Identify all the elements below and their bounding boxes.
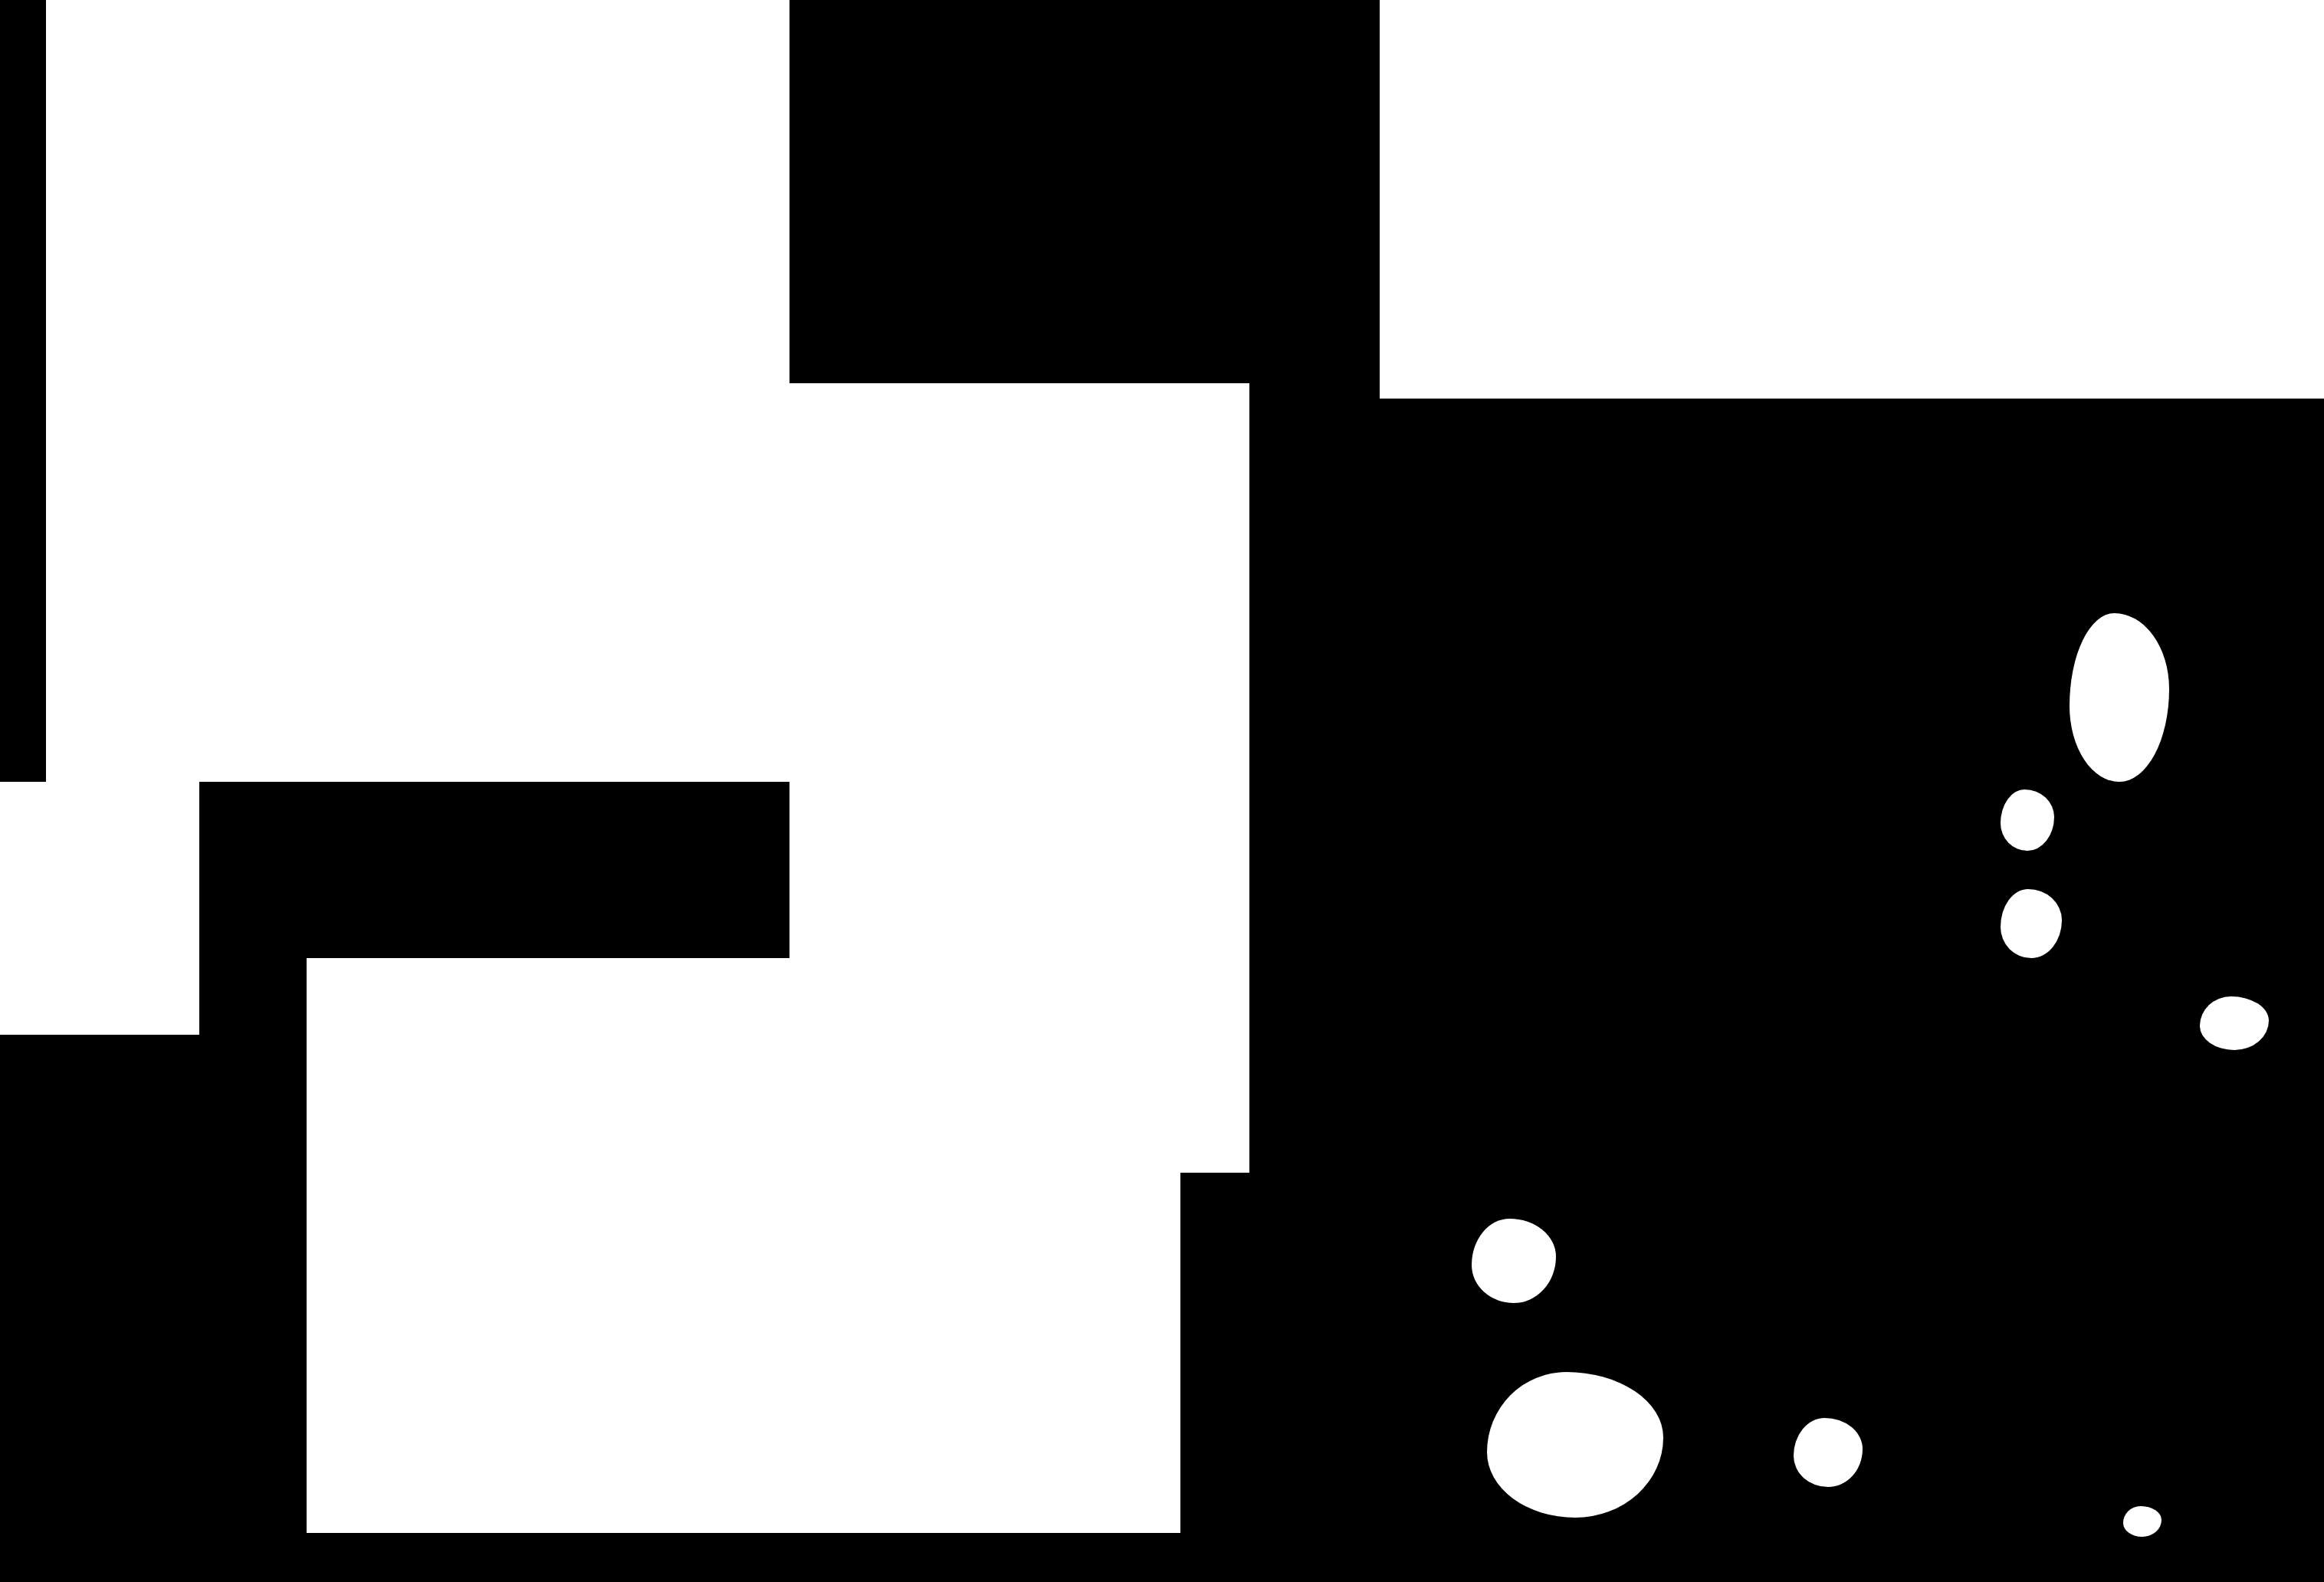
mask-region-top-left — [46, 0, 789, 782]
mask-blob — [1794, 1418, 1863, 1487]
mask-blob — [1472, 1219, 1556, 1303]
mask-blob — [2001, 789, 2054, 851]
mask-region-top-right — [1380, 0, 2324, 399]
binary-mask-canvas — [0, 0, 2324, 1582]
mask-blob — [2123, 1506, 2162, 1537]
mask-region-bottom-center — [307, 958, 1180, 1533]
mask-blob — [1487, 1372, 1663, 1518]
mask-blob — [2200, 996, 2269, 1050]
mask-region-left-mid — [0, 782, 199, 1035]
mask-blob — [2070, 613, 2169, 782]
mask-blob — [2001, 889, 2062, 958]
